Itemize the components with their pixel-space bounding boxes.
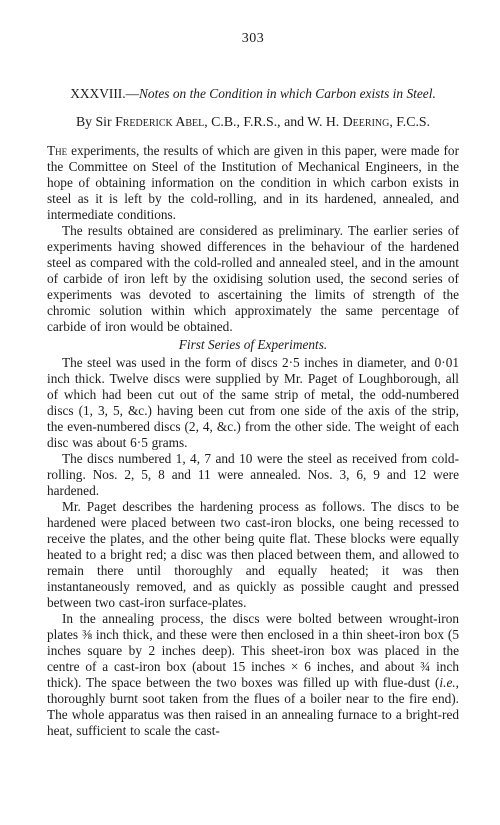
paragraph-hardening-process: Mr. Paget describes the hardening proces… — [47, 499, 459, 611]
paragraph-annealing-ie: i.e. — [439, 675, 455, 690]
article-body: The experiments, the results of which ar… — [47, 143, 459, 739]
page-content: 303 XXXVIII.—Notes on the Condition in w… — [0, 0, 500, 739]
paragraph-results: The results obtained are considered as p… — [47, 223, 459, 335]
byline-middle: , C.B., F.R.S., and W. H. — [204, 114, 342, 129]
article-title-text: Notes on the Condition in which Carbon e… — [139, 86, 436, 101]
byline-prefix: By Sir — [76, 114, 115, 129]
article-title: XXXVIII.—Notes on the Condition in which… — [47, 86, 459, 102]
paragraph-disc-numbering: The discs numbered 1, 4, 7 and 10 were t… — [47, 451, 459, 499]
paragraph-intro-leadword: The — [47, 143, 67, 158]
paragraph-intro-text: experiments, the results of which are gi… — [47, 143, 459, 222]
byline: By Sir Frederick Abel, C.B., F.R.S., and… — [47, 114, 459, 130]
byline-author-2: Deering — [343, 114, 390, 129]
document-page: 303 XXXVIII.—Notes on the Condition in w… — [0, 0, 500, 825]
paragraph-annealing-process: In the annealing process, the discs were… — [47, 611, 459, 739]
page-number: 303 — [47, 31, 459, 47]
paragraph-discs-description: The steel was used in the form of discs … — [47, 355, 459, 451]
byline-author-1: Frederick Abel — [115, 114, 204, 129]
paragraph-intro: The experiments, the results of which ar… — [47, 143, 459, 223]
article-title-number: XXXVIII.— — [70, 86, 139, 101]
paragraph-annealing-text-1: In the annealing process, the discs were… — [47, 611, 459, 690]
section-heading-first-series: First Series of Experiments. — [47, 337, 459, 353]
byline-suffix: , F.C.S. — [389, 114, 430, 129]
